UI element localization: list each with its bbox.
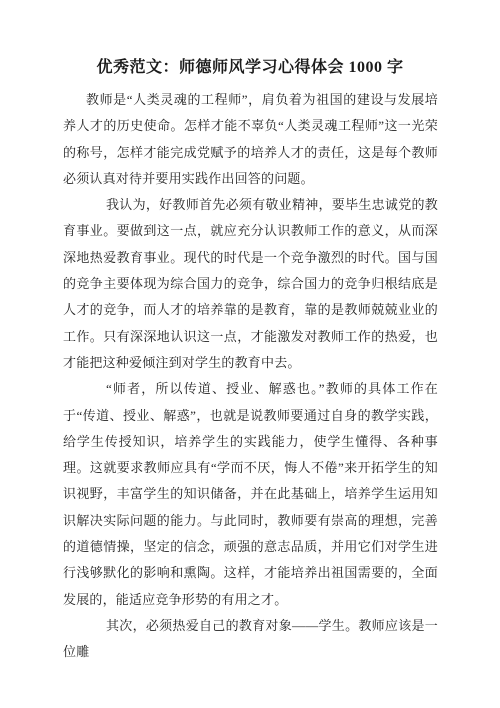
paragraph-2: 我认为，好教师首先必须有敬业精神，要毕生忠诚党的教育事业。要做到这一点，就应充分… — [63, 192, 438, 376]
document-title: 优秀范文：师德师风学习心得体会 1000 字 — [0, 0, 500, 77]
paragraph-3: “师者，所以传道、授业、解惑也。”教师的具体工作在于“传道、授业、解惑”，也就是… — [63, 376, 438, 613]
document-page: 优秀范文：师德师风学习心得体会 1000 字 教师是“人类灵魂的工程师”，肩负着… — [0, 0, 500, 708]
document-body: 教师是“人类灵魂的工程师”，肩负着为祖国的建设与发展培养人才的历史使命。怎样才能… — [0, 77, 500, 666]
paragraph-1: 教师是“人类灵魂的工程师”，肩负着为祖国的建设与发展培养人才的历史使命。怎样才能… — [63, 87, 438, 192]
paragraph-4: 其次，必须热爱自己的教育对象——学生。教师应该是一位雕 — [63, 613, 438, 666]
